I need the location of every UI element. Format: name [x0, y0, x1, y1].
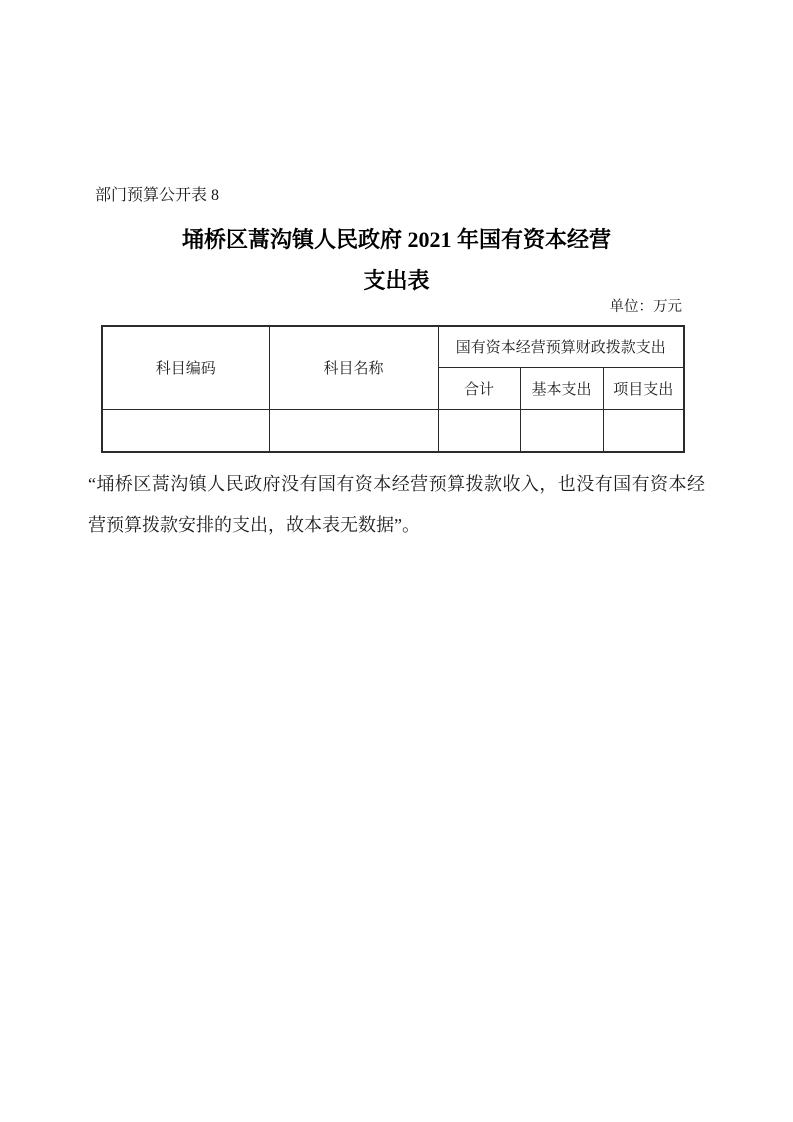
header-total: 合计 — [438, 367, 520, 409]
doc-title-line-1: 埇桥区蒿沟镇人民政府 2021 年国有资本经营 — [0, 219, 793, 260]
cell-total — [438, 409, 520, 452]
doc-number-label: 部门预算公开表 8 — [95, 184, 219, 208]
no-data-note: “埇桥区蒿沟镇人民政府没有国有资本经营预算拨款收入，也没有国有资本经营预算拨款安… — [88, 464, 705, 546]
doc-title: 埇桥区蒿沟镇人民政府 2021 年国有资本经营 支出表 — [0, 219, 793, 301]
table-header-row-1: 科目编码 科目名称 国有资本经营预算财政拨款支出 — [102, 326, 684, 367]
cell-subject-name — [269, 409, 438, 452]
cell-project-expenditure — [603, 409, 684, 452]
header-subject-code: 科目编码 — [102, 326, 269, 409]
header-subject-name: 科目名称 — [269, 326, 438, 409]
doc-title-line-2: 支出表 — [0, 260, 793, 301]
unit-note: 单位：万元 — [101, 297, 682, 317]
header-fiscal-allocation-expenditure-group: 国有资本经营预算财政拨款支出 — [438, 326, 684, 367]
document-page: 部门预算公开表 8 埇桥区蒿沟镇人民政府 2021 年国有资本经营 支出表 单位… — [0, 0, 793, 1122]
table-row — [102, 409, 684, 452]
cell-basic-expenditure — [520, 409, 603, 452]
budget-table: 科目编码 科目名称 国有资本经营预算财政拨款支出 合计 基本支出 项目支出 — [101, 325, 685, 453]
header-basic-expenditure: 基本支出 — [520, 367, 603, 409]
header-project-expenditure: 项目支出 — [603, 367, 684, 409]
cell-subject-code — [102, 409, 269, 452]
